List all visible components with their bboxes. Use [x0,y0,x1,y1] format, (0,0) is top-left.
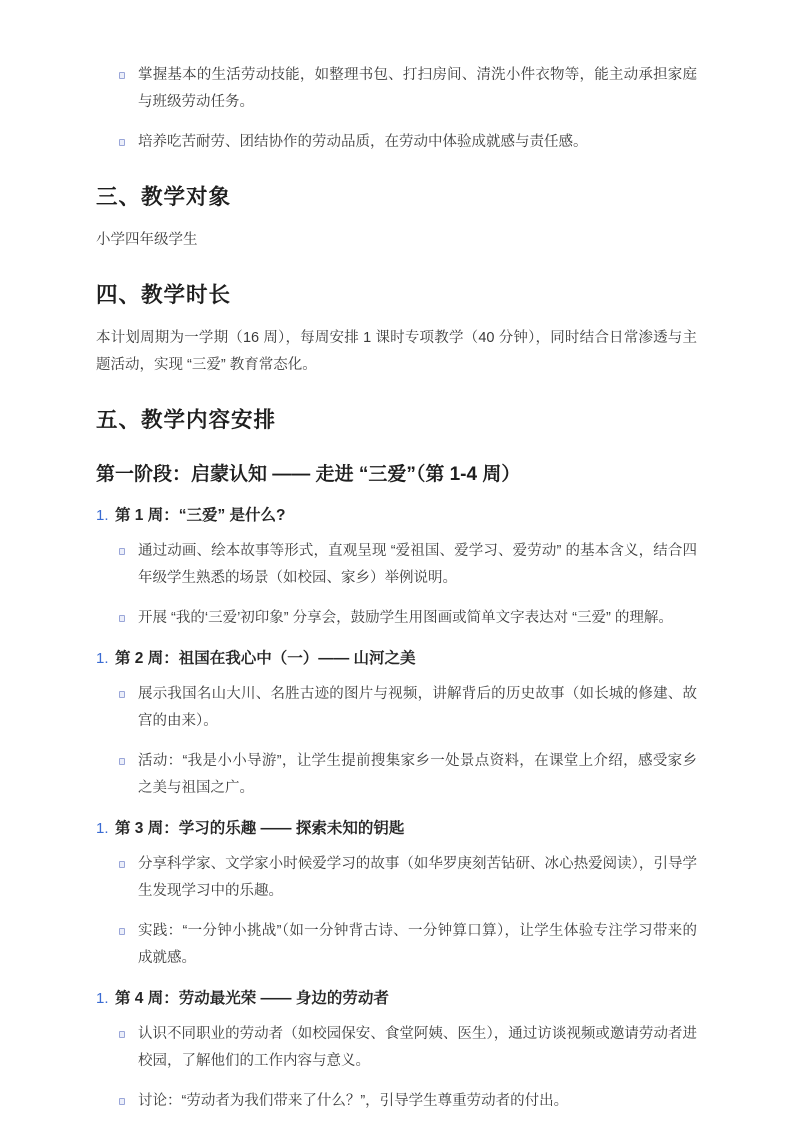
list-item-text: 实践：“一分钟小挑战”（如一分钟背古诗、一分钟算口算），让学生体验专注学习带来的… [138,923,697,966]
list-item-text: 培养吃苦耐劳、团结协作的劳动品质，在劳动中体验成就感与责任感。 [138,134,588,150]
list-item-text: 讨论：“劳动者为我们带来了什么？”，引导学生尊重劳动者的付出。 [138,1093,568,1109]
ordered-list-number: 1. [96,505,115,526]
week-head: 1. 第 1 周：“三爱” 是什么? [96,505,697,526]
hollow-bullet-icon [119,928,125,935]
hollow-bullet-icon [119,861,125,868]
week-bullet-list: 分享科学家、文学家小时候爱学习的故事（如华罗庚刻苦钻研、冰心热爱阅读），引导学生… [96,851,697,972]
section-body-teaching-duration: 本计划周期为一学期（16 周），每周安排 1 课时专项教学（40 分钟），同时结… [96,325,697,379]
list-item: 培养吃苦耐劳、团结协作的劳动品质，在劳动中体验成就感与责任感。 [138,129,697,156]
ordered-list-number: 1. [96,988,115,1009]
section-body-teaching-target: 小学四年级学生 [96,227,697,254]
ordered-list-number: 1. [96,648,115,669]
list-item-text: 展示我国名山大川、名胜古迹的图片与视频，讲解背后的历史故事（如长城的修建、故宫的… [138,686,697,729]
week-bullet-list: 通过动画、绘本故事等形式，直观呈现 “爱祖国、爱学习、爱劳动” 的基本含义，结合… [96,538,697,632]
list-item-text: 分享科学家、文学家小时候爱学习的故事（如华罗庚刻苦钻研、冰心热爱阅读），引导学生… [138,856,697,899]
hollow-bullet-icon [119,691,125,698]
section-heading-teaching-target: 三、教学对象 [96,182,697,212]
week-block-3: 1. 第 3 周：学习的乐趣 —— 探索未知的钥匙 分享科学家、文学家小时候爱学… [96,818,697,972]
week-head: 1. 第 3 周：学习的乐趣 —— 探索未知的钥匙 [96,818,697,839]
list-item-text: 活动：“我是小小导游”，让学生提前搜集家乡一处景点资料，在课堂上介绍，感受家乡之… [138,753,697,796]
hollow-bullet-icon [119,1031,125,1038]
hollow-bullet-icon [119,758,125,765]
ordered-list-number: 1. [96,818,115,839]
week-title: 第 3 周：学习的乐趣 —— 探索未知的钥匙 [115,818,404,839]
list-item: 掌握基本的生活劳动技能，如整理书包、打扫房间、清洗小件衣物等，能主动承担家庭与班… [138,62,697,116]
list-item-text: 掌握基本的生活劳动技能，如整理书包、打扫房间、清洗小件衣物等，能主动承担家庭与班… [138,67,697,110]
section-heading-content-plan: 五、教学内容安排 [96,405,697,435]
phase-heading: 第一阶段：启蒙认知 —— 走进 “三爱”（第 1-4 周） [96,461,697,489]
list-item: 开展 “我的‘三爱’初印象” 分享会，鼓励学生用图画或简单文字表达对 “三爱” … [138,605,697,632]
list-item: 讨论：“劳动者为我们带来了什么？”，引导学生尊重劳动者的付出。 [138,1088,697,1115]
week-head: 1. 第 4 周：劳动最光荣 —— 身边的劳动者 [96,988,697,1009]
list-item: 通过动画、绘本故事等形式，直观呈现 “爱祖国、爱学习、爱劳动” 的基本含义，结合… [138,538,697,592]
hollow-bullet-icon [119,72,125,79]
intro-bullet-list: 掌握基本的生活劳动技能，如整理书包、打扫房间、清洗小件衣物等，能主动承担家庭与班… [96,62,697,156]
list-item-text: 认识不同职业的劳动者（如校园保安、食堂阿姨、医生），通过访谈视频或邀请劳动者进校… [138,1026,697,1069]
week-bullet-list: 认识不同职业的劳动者（如校园保安、食堂阿姨、医生），通过访谈视频或邀请劳动者进校… [96,1021,697,1115]
week-head: 1. 第 2 周：祖国在我心中（一）—— 山河之美 [96,648,697,669]
week-title: 第 1 周：“三爱” 是什么? [115,505,286,526]
list-item: 活动：“我是小小导游”，让学生提前搜集家乡一处景点资料，在课堂上介绍，感受家乡之… [138,748,697,802]
week-block-1: 1. 第 1 周：“三爱” 是什么? 通过动画、绘本故事等形式，直观呈现 “爱祖… [96,505,697,632]
hollow-bullet-icon [119,548,125,555]
list-item-text: 通过动画、绘本故事等形式，直观呈现 “爱祖国、爱学习、爱劳动” 的基本含义，结合… [138,543,697,586]
list-item: 实践：“一分钟小挑战”（如一分钟背古诗、一分钟算口算），让学生体验专注学习带来的… [138,918,697,972]
document-page: 掌握基本的生活劳动技能，如整理书包、打扫房间、清洗小件衣物等，能主动承担家庭与班… [0,0,793,1122]
section-heading-teaching-duration: 四、教学时长 [96,280,697,310]
week-title: 第 4 周：劳动最光荣 —— 身边的劳动者 [115,988,389,1009]
week-title: 第 2 周：祖国在我心中（一）—— 山河之美 [115,648,416,669]
week-block-2: 1. 第 2 周：祖国在我心中（一）—— 山河之美 展示我国名山大川、名胜古迹的… [96,648,697,802]
hollow-bullet-icon [119,139,125,146]
week-block-4: 1. 第 4 周：劳动最光荣 —— 身边的劳动者 认识不同职业的劳动者（如校园保… [96,988,697,1115]
list-item: 展示我国名山大川、名胜古迹的图片与视频，讲解背后的历史故事（如长城的修建、故宫的… [138,681,697,735]
hollow-bullet-icon [119,615,125,622]
list-item: 分享科学家、文学家小时候爱学习的故事（如华罗庚刻苦钻研、冰心热爱阅读），引导学生… [138,851,697,905]
list-item: 认识不同职业的劳动者（如校园保安、食堂阿姨、医生），通过访谈视频或邀请劳动者进校… [138,1021,697,1075]
list-item-text: 开展 “我的‘三爱’初印象” 分享会，鼓励学生用图画或简单文字表达对 “三爱” … [138,610,673,626]
week-bullet-list: 展示我国名山大川、名胜古迹的图片与视频，讲解背后的历史故事（如长城的修建、故宫的… [96,681,697,802]
hollow-bullet-icon [119,1098,125,1105]
